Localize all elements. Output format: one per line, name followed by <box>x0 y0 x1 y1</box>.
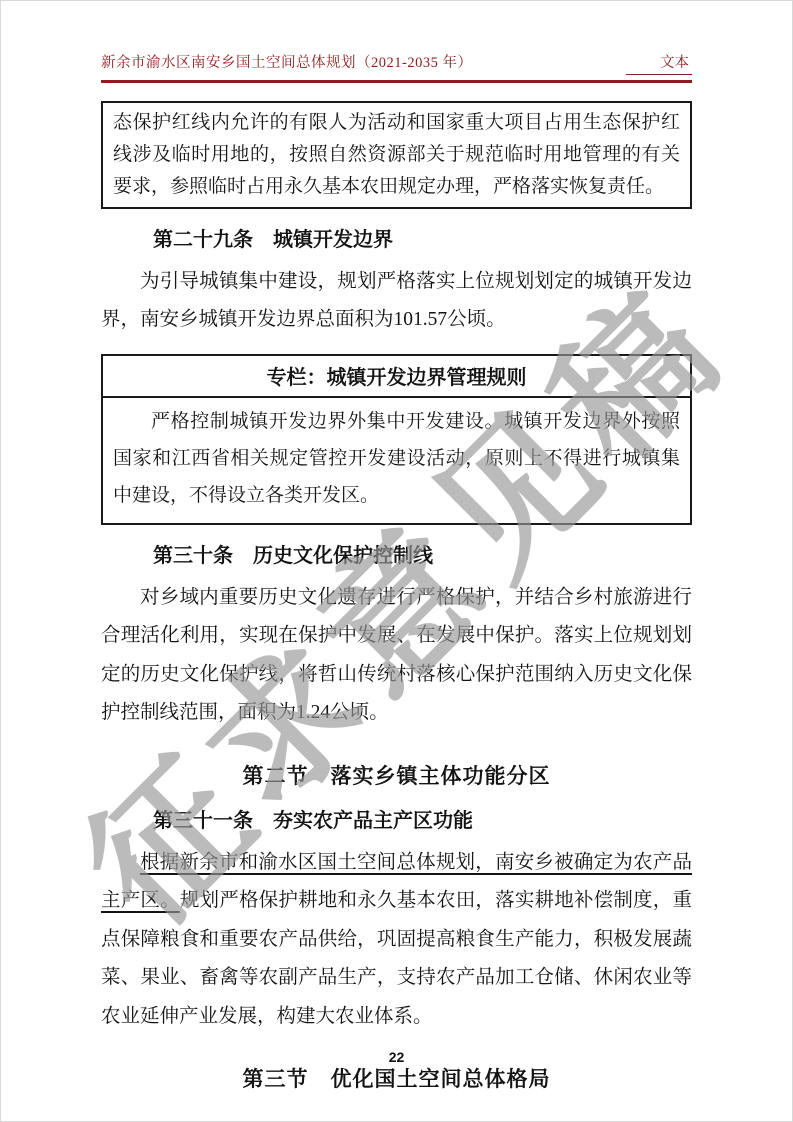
section-2-heading: 第二节 落实乡镇主体功能分区 <box>101 760 692 790</box>
header-doc-type-label: 文本 <box>626 51 692 75</box>
document-page: 征求意见稿 新余市渝水区南安乡国土空间总体规划（2021-2035 年） 文本 … <box>0 0 793 1122</box>
article-30-heading: 第三十条 历史文化保护控制线 <box>101 542 692 570</box>
section-3-heading: 第三节 优化国土空间总体格局 <box>101 1063 692 1093</box>
page-number: 22 <box>1 1049 792 1065</box>
article-29-body: 为引导城镇集中建设，规划严格落实上位规划划定的城镇开发边界，南安乡城镇开发边界总… <box>101 263 692 340</box>
article-31-heading: 第三十一条 夯实农产品主产区功能 <box>101 807 692 835</box>
article-31-body: 根据新余市和渝水区国土空间总体规划，南安乡被确定为农产品主产区。规划严格保护耕地… <box>101 844 692 1037</box>
header-document-title: 新余市渝水区南安乡国土空间总体规划（2021-2035 年） <box>101 51 472 72</box>
header-rule <box>101 80 692 83</box>
column-box-title: 专栏：城镇开发边界管理规则 <box>103 356 690 398</box>
column-box: 专栏：城镇开发边界管理规则 严格控制城镇开发边界外集中开发建设。城镇开发边界外按… <box>101 354 692 525</box>
regulation-continuation-box: 态保护红线内允许的有限人为活动和国家重大项目占用生态保护红线涉及临时用地的，按照… <box>101 101 692 209</box>
page-header: 新余市渝水区南安乡国土空间总体规划（2021-2035 年） 文本 <box>101 51 692 75</box>
column-box-body: 严格控制城镇开发边界外集中开发建设。城镇开发边界外按照国家和江西省相关规定管控开… <box>103 398 690 523</box>
article-31-rest-text: 规划严格保护耕地和永久基本农田，落实耕地补偿制度，重点保障粮食和重要农产品供给，… <box>101 890 692 1027</box>
article-30-body: 对乡域内重要历史文化遗存进行严格保护，并结合乡村旅游进行合理活化利用，实现在保护… <box>101 579 692 733</box>
article-29-heading: 第二十九条 城镇开发边界 <box>101 226 692 254</box>
regulation-box-text: 态保护红线内允许的有限人为活动和国家重大项目占用生态保护红线涉及临时用地的，按照… <box>113 107 680 203</box>
